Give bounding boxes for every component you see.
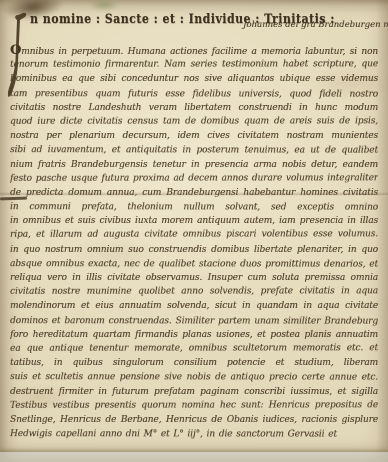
manuscript-scan: n nomine : Sancte : et : Individue : Tri… <box>0 0 388 462</box>
edge-vignette <box>0 0 388 462</box>
